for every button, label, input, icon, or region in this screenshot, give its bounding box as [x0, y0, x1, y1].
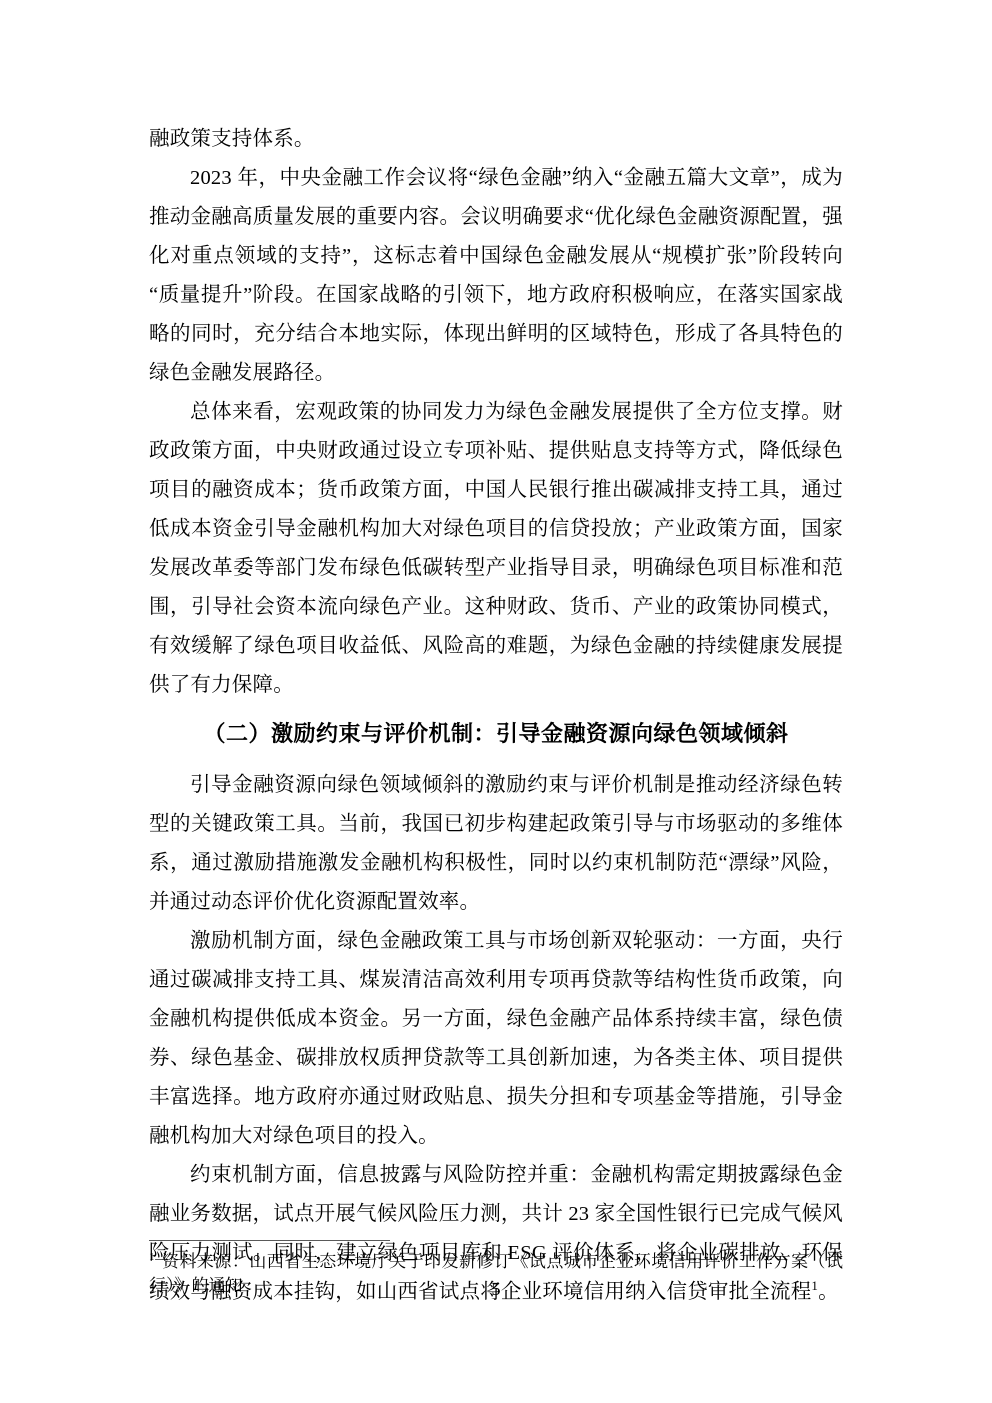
body-paragraph-incentive-intro: 引导金融资源向绿色领域倾斜的激励约束与评价机制是推动经济绿色转型的关键政策工具。…: [149, 766, 843, 922]
section-heading-2: （二）激励约束与评价机制：引导金融资源向绿色领域倾斜: [149, 714, 843, 753]
body-paragraph-incentive-mechanism: 激励机制方面，绿色金融政策工具与市场创新双轮驱动：一方面，央行通过碳减排支持工具…: [149, 922, 843, 1156]
document-page: 融政策支持体系。 2023 年，中央金融工作会议将“绿色金融”纳入“金融五篇大文…: [0, 0, 992, 1403]
footnote-number: 1: [149, 1251, 155, 1263]
body-text-block: 融政策支持体系。 2023 年，中央金融工作会议将“绿色金融”纳入“金融五篇大文…: [149, 120, 843, 1312]
page-number: 5: [0, 1277, 992, 1301]
body-paragraph-2023-policy: 2023 年，中央金融工作会议将“绿色金融”纳入“金融五篇大文章”，成为推动金融…: [149, 159, 843, 393]
footnote-separator-line: [149, 1240, 390, 1241]
body-paragraph-continuation: 融政策支持体系。: [149, 120, 843, 159]
body-paragraph-macro-policy: 总体来看，宏观政策的协同发力为绿色金融发展提供了全方位支撑。财政政策方面，中央财…: [149, 393, 843, 705]
